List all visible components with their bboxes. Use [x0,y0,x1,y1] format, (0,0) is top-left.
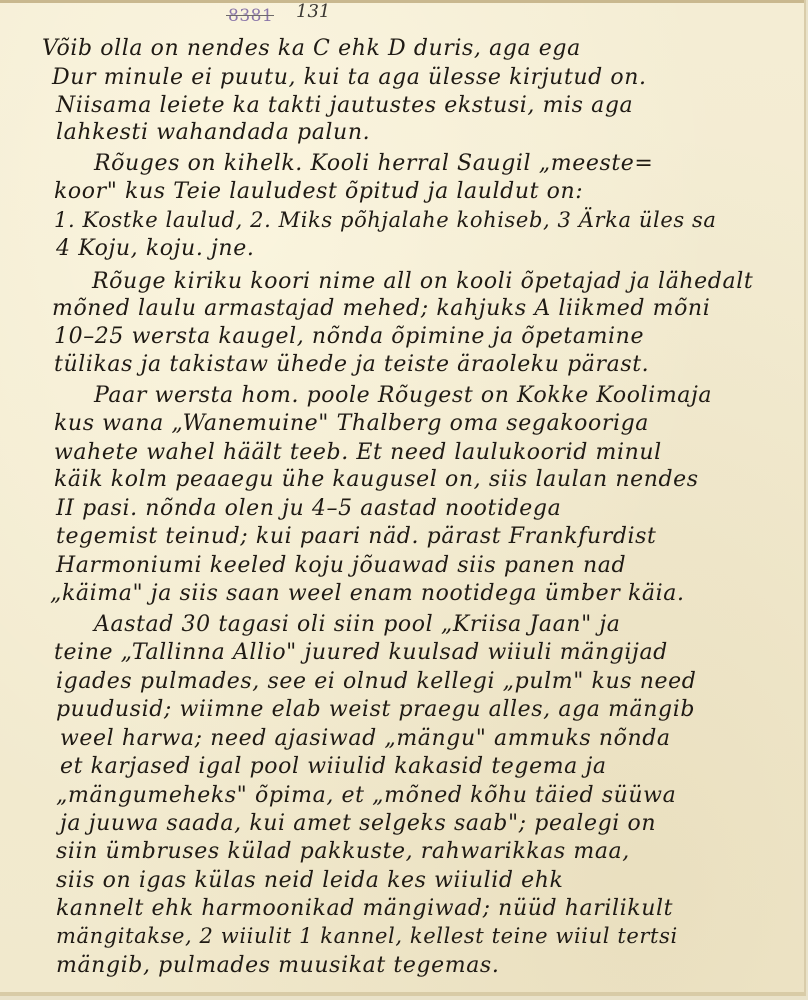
text-line: weel harwa; need ajasiwad „mängu" ammuks… [60,726,671,751]
text-line: Aastad 30 tagasi oli siin pool „Kriisa J… [94,612,621,637]
folio-number: 131 [296,1,330,22]
text-line: koor" kus Teie lauludest õpitud ja lauld… [54,179,583,204]
text-line: ja juuwa saada, kui amet selgeks saab"; … [60,811,656,836]
text-line: 10–25 wersta kaugel, nõnda õpimine ja õp… [54,324,644,349]
text-line: tegemist teinud; kui paari näd. pärast F… [56,524,656,549]
text-line: siin ümbruses külad pakkuste, rahwarikka… [56,839,630,864]
text-line: 1. Kostke laulud, 2. Miks põhjalahe kohi… [54,208,717,232]
text-line: 4 Koju, koju. jne. [56,236,254,261]
text-line: Võib olla on nendes ka C ehk D duris, ag… [42,36,581,61]
text-line: puudusid; wiimne elab weist praegu alles… [56,697,695,722]
text-line: kannelt ehk harmoonikad mängiwad; nüüd h… [56,896,673,921]
text-line: lahkesti wahandada palun. [56,120,370,145]
text-line: mängitakse, 2 wiiulit 1 kannel, kellest … [56,924,678,948]
text-line: mõned laulu armastajad mehed; kahjuks A … [52,296,710,321]
text-line: „mängumeheks" õpima, et „mõned kõhu täie… [56,783,676,808]
archive-stamp: 8381 [228,6,273,26]
text-line: igades pulmades, see ei olnud kellegi „p… [56,669,696,694]
text-line: Dur minule ei puutu, kui ta aga ülesse k… [52,65,647,90]
text-line: tülikas ja takistaw ühede ja teiste ärao… [54,352,649,377]
page-top-edge [0,0,804,3]
text-line: Rõuge kiriku koori nime all on kooli õpe… [92,269,753,294]
text-line: mängib, pulmades muusikat tegemas. [56,953,499,978]
text-line: II pasi. nõnda olen ju 4–5 aastad nootid… [56,496,561,521]
text-line: teine „Tallinna Allio" juured kuulsad wi… [54,640,668,665]
text-line: Rõuges on kihelk. Kooli herral Saugil „m… [94,151,653,176]
text-line: Niisama leiete ka takti jautustes ekstus… [56,93,633,118]
text-line: Harmoniumi keeled koju jõuawad siis pane… [56,553,626,578]
manuscript-page: 8381 131 Võib olla on nendes ka C ehk D … [0,0,806,996]
text-line: käik kolm peaaegu ühe kaugusel on, siis … [54,467,699,492]
text-line: wahete wahel häält teeb. Et need lauluko… [54,440,662,465]
text-line: siis on igas külas neid leida kes wiiuli… [56,868,563,893]
text-line: Paar wersta hom. poole Rõugest on Kokke … [94,383,712,408]
text-line: et karjased igal pool wiiulid kakasid te… [60,754,607,779]
text-line: kus wana „Wanemuine" Thalberg oma segako… [54,411,649,436]
text-line: „käima" ja siis saan weel enam nootidega… [50,581,685,606]
stamp-strike-line [226,15,274,16]
